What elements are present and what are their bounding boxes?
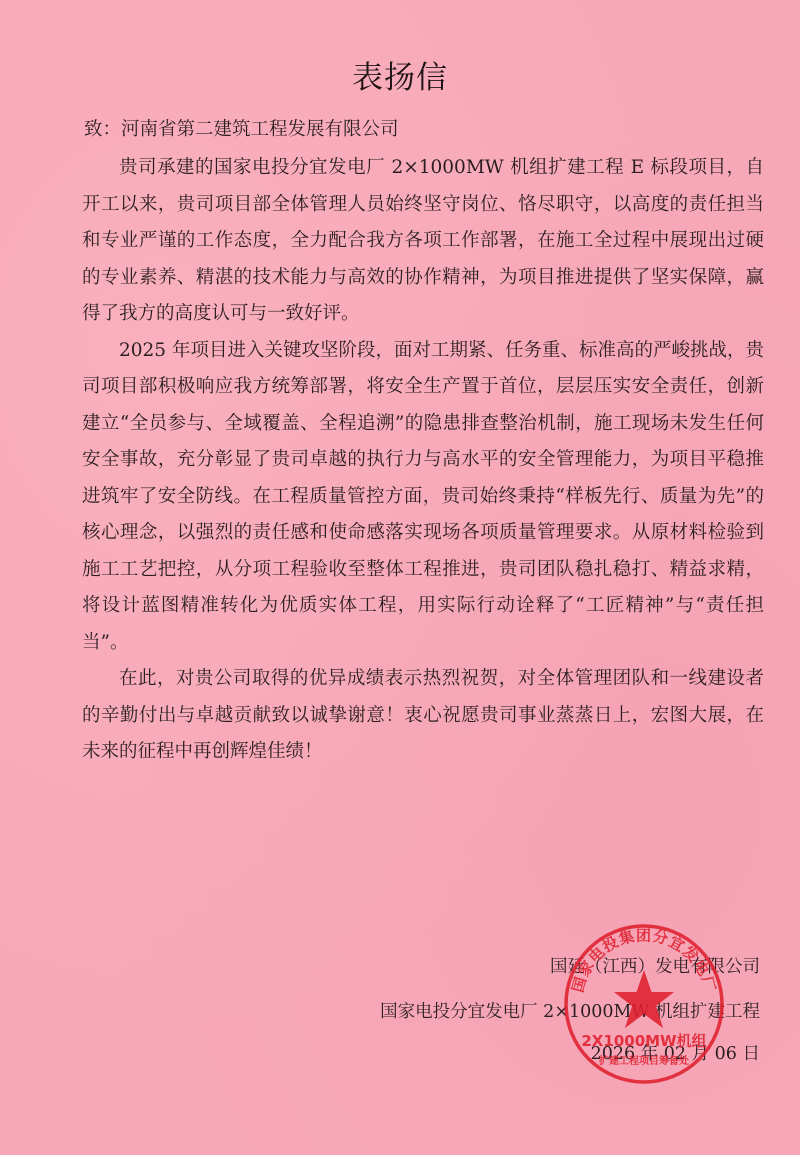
signature-date: 2026 年 02 月 06 日 <box>591 1040 760 1065</box>
letter-page: 表扬信 致：河南省第二建筑工程发展有限公司 贵司承建的国家电投分宜发电厂 2×1… <box>0 0 800 1155</box>
paragraph-1: 贵司承建的国家电投分宜发电厂 2×1000MW 机组扩建工程 E 标段项目，自开… <box>82 150 764 333</box>
signature-company: 国延（江西）发电有限公司 <box>550 953 760 978</box>
letter-body: 贵司承建的国家电投分宜发电厂 2×1000MW 机组扩建工程 E 标段项目，自开… <box>82 150 764 771</box>
signature-project: 国家电投分宜发电厂 2×1000MW 机组扩建工程 <box>380 998 760 1023</box>
salutation: 致：河南省第二建筑工程发展有限公司 <box>84 115 399 141</box>
paragraph-3: 在此，对贵公司取得的优异成绩表示热烈祝贺，对全体管理团队和一线建设者的辛勤付出与… <box>82 661 764 771</box>
letter-title: 表扬信 <box>0 52 800 97</box>
paragraph-2: 2025 年项目进入关键攻坚阶段，面对工期紧、任务重、标准高的严峻挑战，贵司项目… <box>82 333 764 662</box>
